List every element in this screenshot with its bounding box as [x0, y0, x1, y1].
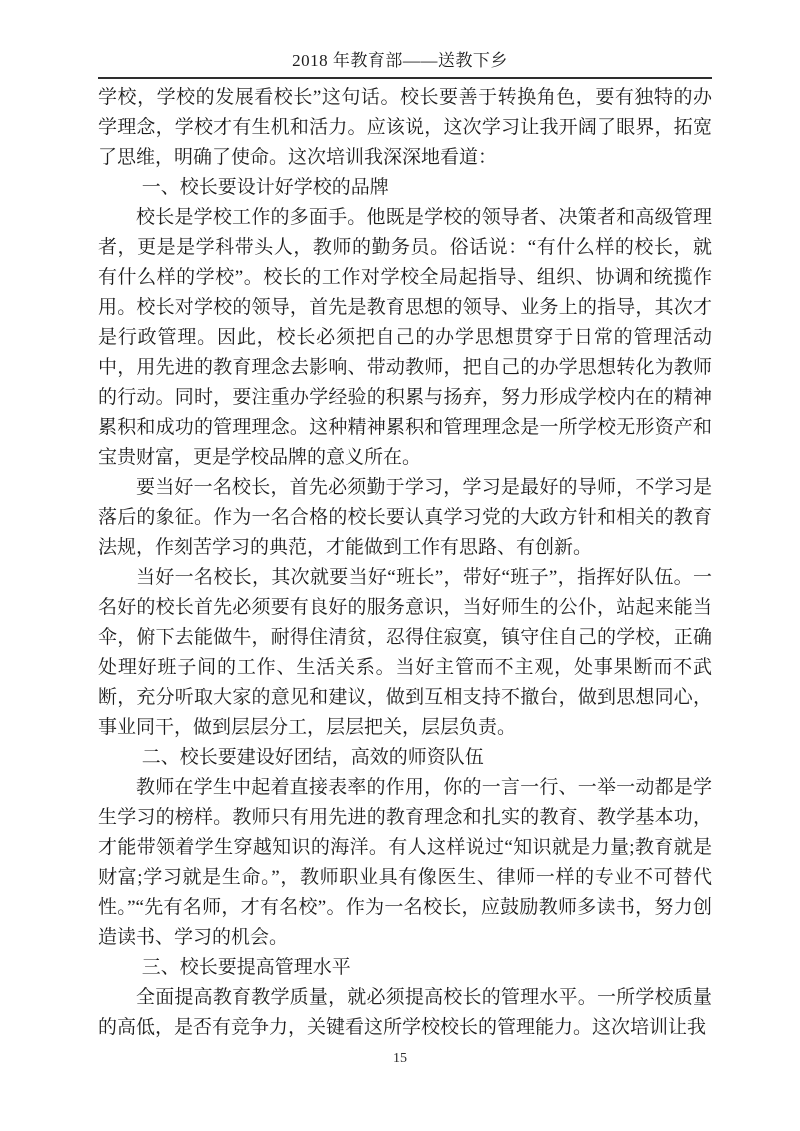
section-heading: 三、校长要提高管理水平 — [98, 953, 712, 983]
page-header-title: 2018 年教育部——送教下乡 — [0, 0, 800, 72]
document-page: 2018 年教育部——送教下乡 学校，学校的发展看校长”这句话。校长要善于转换角… — [0, 0, 800, 1131]
paragraph: 当好一名校长，其次就要当好“班长”，带好“班子”，指挥好队伍。一名好的校长首先必… — [98, 563, 712, 743]
paragraph: 教师在学生中起着直接表率的作用，你的一言一行、一举一动都是学生学习的榜样。教师只… — [98, 773, 712, 953]
paragraph: 校长是学校工作的多面手。他既是学校的领导者、决策者和高级管理者，更是是学科带头人… — [98, 203, 712, 473]
paragraph: 要当好一名校长，首先必须勤于学习，学习是最好的导师，不学习是落后的象征。作为一名… — [98, 473, 712, 563]
paragraph: 学校，学校的发展看校长”这句话。校长要善于转换角色，要有独特的办学理念，学校才有… — [98, 83, 712, 173]
section-heading: 一、校长要设计好学校的品牌 — [98, 173, 712, 203]
document-body: 学校，学校的发展看校长”这句话。校长要善于转换角色，要有独特的办学理念，学校才有… — [0, 79, 800, 1043]
page-number: 15 — [0, 1051, 800, 1067]
section-heading: 二、校长要建设好团结，高效的师资队伍 — [98, 743, 712, 773]
paragraph: 全面提高教育教学质量，就必须提高校长的管理水平。一所学校质量的高低，是否有竞争力… — [98, 983, 712, 1043]
